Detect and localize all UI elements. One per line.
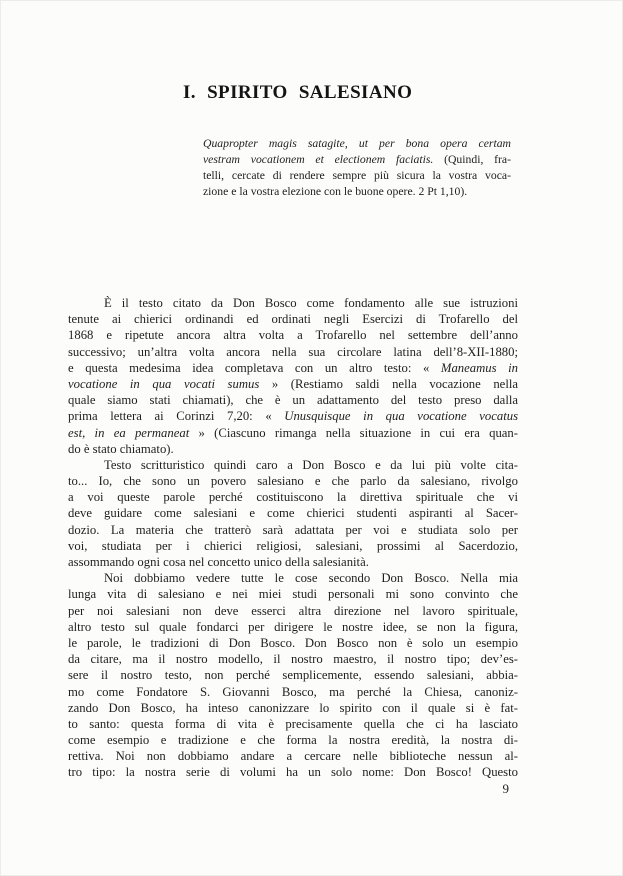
text-segment: a voi queste parole perché costituiscono…: [68, 490, 518, 504]
text-segment: Testo scritturistico quindi caro a Don B…: [104, 458, 518, 472]
text-line: assommando ogni cosa nel concetto unico …: [68, 554, 518, 570]
text-line: Noi dobbiamo vedere tutte le cose second…: [68, 570, 518, 586]
paragraph: È il testo citato da Don Bosco come fond…: [68, 295, 518, 457]
text-segment: » (Restiamo saldi nella vocazione nella: [259, 377, 518, 391]
text-segment: to santo: questa forma di vita è precisa…: [68, 717, 518, 731]
text-line: zione e la vostra elezione con le buone …: [203, 184, 511, 200]
italic-text-segment: Quapropter magis satagite, ut per bona o…: [203, 137, 511, 150]
text-line: 1868 e ripetute ancora altra volta a Tro…: [68, 327, 518, 343]
text-line: per noi salesiani non deve esserci altra…: [68, 603, 518, 619]
text-segment: successivo; un’altra volta ancora nella …: [68, 345, 518, 359]
text-line: Quapropter magis satagite, ut per bona o…: [203, 136, 511, 152]
text-line: come esempio e tradizione e che forma la…: [68, 732, 518, 748]
text-segment: dozio. La materia che tratterò sarà adat…: [68, 523, 518, 537]
text-line: quale siamo stati chiamati), che è un ad…: [68, 392, 518, 408]
italic-text-segment: Unusquisque in qua vocatione vocatus: [284, 409, 518, 423]
text-line: Testo scritturistico quindi caro a Don B…: [68, 457, 518, 473]
italic-text-segment: est, in ea permaneat: [68, 426, 189, 440]
text-line: mo come Fondatore S. Giovanni Bosco, ma …: [68, 684, 518, 700]
text-segment: zando Don Bosco, ha inteso canonizzare l…: [68, 701, 518, 715]
text-segment: deve guidare come salesiani e come chier…: [68, 506, 518, 520]
text-segment: tenute ai chierici ordinandi ed ordinati…: [68, 312, 518, 326]
text-line: do è stato chiamato).: [68, 441, 518, 457]
text-segment: per noi salesiani non deve esserci altra…: [68, 604, 518, 618]
book-page: I. SPIRITO SALESIANO Quapropter magis sa…: [0, 0, 623, 876]
text-segment: voi, studiata per i chierici religiosi, …: [68, 539, 518, 553]
text-line: to santo: questa forma di vita è precisa…: [68, 716, 518, 732]
text-segment: rettiva. Noi non dobbiamo andare a cerca…: [68, 749, 518, 763]
text-segment: do è stato chiamato).: [68, 442, 174, 456]
text-segment: zione e la vostra elezione con le buone …: [203, 185, 467, 198]
chapter-title: I. SPIRITO SALESIANO: [183, 82, 412, 104]
text-segment: telli, cercate di rendere sempre più sic…: [203, 169, 511, 182]
text-line: voi, studiata per i chierici religiosi, …: [68, 538, 518, 554]
text-segment: quale siamo stati chiamati), che è un ad…: [68, 393, 518, 407]
text-segment: È il testo citato da Don Bosco come fond…: [104, 296, 518, 310]
text-line: telli, cercate di rendere sempre più sic…: [203, 168, 511, 184]
text-line: È il testo citato da Don Bosco come fond…: [68, 295, 518, 311]
text-segment: 1868 e ripetute ancora altra volta a Tro…: [68, 328, 518, 342]
text-line: successivo; un’altra volta ancora nella …: [68, 344, 518, 360]
text-line: sere il nostro testo, non perché semplic…: [68, 667, 518, 683]
italic-text-segment: vocatione in qua vocati sumus: [68, 377, 259, 391]
text-segment: altro testo sul quale fondarci per dirig…: [68, 620, 518, 634]
text-line: dozio. La materia che tratterò sarà adat…: [68, 522, 518, 538]
text-line: lunga vita di salesiano e nei miei studi…: [68, 586, 518, 602]
text-line: a voi queste parole perché costituiscono…: [68, 489, 518, 505]
text-segment: da citare, ma il nostro modello, il nost…: [68, 652, 518, 666]
text-segment: tro tipo: la nostra serie di volumi ha u…: [68, 765, 518, 779]
page-number: 9: [68, 781, 509, 797]
text-segment: » (Ciascuno rimanga nella situazione in …: [189, 426, 518, 440]
italic-text-segment: Maneamus in: [441, 361, 518, 375]
text-line: e questa medesima idea completava con un…: [68, 360, 518, 376]
paragraph: Noi dobbiamo vedere tutte le cose second…: [68, 570, 518, 780]
text-line: zando Don Bosco, ha inteso canonizzare l…: [68, 700, 518, 716]
text-line: da citare, ma il nostro modello, il nost…: [68, 651, 518, 667]
epigraph-quote: Quapropter magis satagite, ut per bona o…: [203, 136, 511, 200]
body-text: È il testo citato da Don Bosco come fond…: [68, 295, 518, 781]
text-segment: to... Io, che sono un povero salesiano e…: [68, 474, 518, 488]
text-segment: le parole, le tradizioni di Don Bosco. D…: [68, 636, 518, 650]
text-line: to... Io, che sono un povero salesiano e…: [68, 473, 518, 489]
text-segment: Noi dobbiamo vedere tutte le cose second…: [104, 571, 518, 585]
text-line: le parole, le tradizioni di Don Bosco. D…: [68, 635, 518, 651]
text-segment: prima lettera ai Corinzi 7,20: «: [68, 409, 284, 423]
text-segment: come esempio e tradizione e che forma la…: [68, 733, 518, 747]
italic-text-segment: vestram vocationem et electionem faciati…: [203, 153, 433, 166]
text-segment: sere il nostro testo, non perché semplic…: [68, 668, 518, 682]
paragraph: Testo scritturistico quindi caro a Don B…: [68, 457, 518, 570]
text-line: est, in ea permaneat » (Ciascuno rimanga…: [68, 425, 518, 441]
text-line: vestram vocationem et electionem faciati…: [203, 152, 511, 168]
text-segment: assommando ogni cosa nel concetto unico …: [68, 555, 369, 569]
text-line: tenute ai chierici ordinandi ed ordinati…: [68, 311, 518, 327]
text-line: altro testo sul quale fondarci per dirig…: [68, 619, 518, 635]
text-line: vocatione in qua vocati sumus » (Restiam…: [68, 376, 518, 392]
text-segment: lunga vita di salesiano e nei miei studi…: [68, 587, 518, 601]
text-segment: e questa medesima idea completava con un…: [68, 361, 441, 375]
text-line: prima lettera ai Corinzi 7,20: « Unusqui…: [68, 408, 518, 424]
text-segment: mo come Fondatore S. Giovanni Bosco, ma …: [68, 685, 518, 699]
text-line: deve guidare come salesiani e come chier…: [68, 505, 518, 521]
text-line: tro tipo: la nostra serie di volumi ha u…: [68, 764, 518, 780]
text-line: rettiva. Noi non dobbiamo andare a cerca…: [68, 748, 518, 764]
text-segment: (Quindi, fra-: [433, 153, 511, 166]
